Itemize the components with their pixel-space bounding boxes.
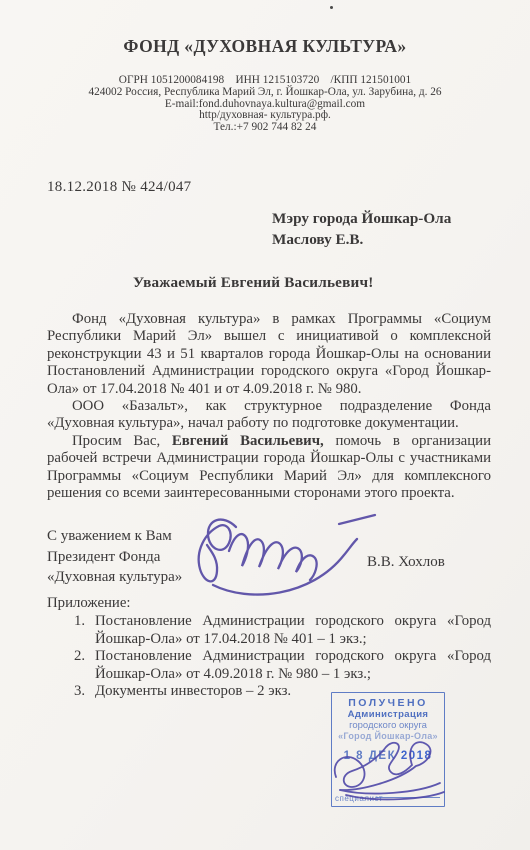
attachment-number: 1. (74, 613, 85, 630)
body-paragraph-2: ООО «Базальт», как структурное подраздел… (47, 398, 491, 433)
signature-scrawl (213, 539, 357, 595)
signature-scrawl (339, 515, 375, 524)
signature-block: С уважением к Вам Президент Фонда «Духов… (47, 526, 182, 588)
stamp-signature-icon (326, 735, 452, 807)
attachments-section: Приложение: 1. Постановление Администрац… (47, 595, 491, 700)
regards-line: С уважением к Вам (47, 526, 182, 547)
stamp-org-line-2: городского округа (332, 720, 444, 731)
signature-scrawl (199, 520, 236, 582)
signer-title-line-2: «Духовная культура» (47, 567, 182, 588)
salutation: Уважаемый Евгений Васильевич! (133, 274, 374, 292)
signer-title-line-1: Президент Фонда (47, 547, 182, 568)
signature-scrawl (229, 534, 317, 580)
stamp-received-label: ПОЛУЧЕНО (332, 697, 444, 709)
addressee-title: Мэру города Йошкар-Ола (272, 208, 451, 229)
body-paragraph-3-pre: Просим Вас, (72, 433, 172, 449)
attachment-number: 2. (74, 648, 85, 665)
body-paragraph-3: Просим Вас, Евгений Васильевич, помочь в… (47, 433, 491, 503)
stamp-scrawl-path (335, 742, 431, 790)
signer-name: В.В. Хохлов (367, 554, 445, 571)
attachments-title: Приложение: (47, 595, 491, 612)
letter-date-number: 18.12.2018 № 424/047 (47, 179, 191, 196)
scan-speck (330, 6, 333, 9)
scanned-letter-page: ФОНД «ДУХОВНАЯ КУЛЬТУРА» ОГРН 1051200084… (0, 0, 530, 850)
stamp-org-line-1: Администрация (332, 709, 444, 720)
letterhead-org-name: ФОНД «ДУХОВНАЯ КУЛЬТУРА» (0, 36, 530, 57)
attachment-text: Документы инвесторов – 2 экз. (95, 683, 291, 699)
letter-body: Фонд «Духовная культура» в рамках Програ… (47, 311, 491, 502)
letterhead-phone-line: Тел.:+7 902 744 82 24 (0, 122, 530, 134)
attachment-number: 3. (74, 683, 85, 700)
attachment-item: 2. Постановление Администрации городског… (47, 648, 491, 683)
addressee-block: Мэру города Йошкар-Ола Маслову Е.В. (272, 208, 451, 250)
body-paragraph-3-bold-name: Евгений Васильевич, (172, 433, 324, 449)
letterhead-info: ОГРН 1051200084198 ИНН 1215103720 /КПП 1… (0, 75, 530, 134)
letterhead-address-line: 424002 Россия, Республика Марий Эл, г. Й… (0, 87, 530, 99)
body-paragraph-1: Фонд «Духовная культура» в рамках Програ… (47, 311, 491, 398)
received-stamp: ПОЛУЧЕНО Администрация городского округа… (331, 692, 445, 807)
attachment-text: Постановление Администрации городского о… (95, 613, 491, 646)
stamp-scrawl-path (340, 783, 440, 794)
handwritten-signature-icon (183, 511, 383, 603)
addressee-name: Маслову Е.В. (272, 229, 451, 250)
attachment-item: 1. Постановление Администрации городског… (47, 613, 491, 648)
attachment-text: Постановление Администрации городского о… (95, 648, 491, 681)
